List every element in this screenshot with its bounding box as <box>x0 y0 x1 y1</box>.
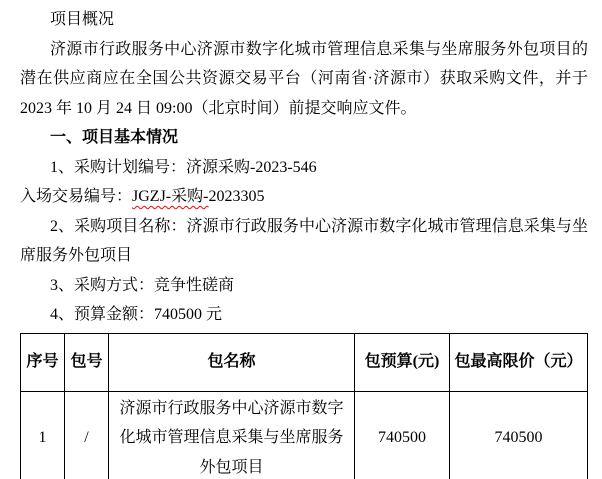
header-package-name: 包名称 <box>109 333 355 391</box>
item-entry-number: 入场交易编号：JGZJ-采购-2023305 <box>20 182 588 212</box>
header-package-number: 包号 <box>65 333 109 391</box>
cell-package-max-price: 740500 <box>450 391 588 479</box>
item-procurement-method: 3、采购方式：竞争性磋商 <box>20 271 588 301</box>
header-package-budget: 包预算(元) <box>355 333 450 391</box>
item-plan-number: 1、采购计划编号：济源采购-2023-546 <box>20 153 588 183</box>
packages-table: 序号 包号 包名称 包预算(元) 包最高限价（元） 1 / 济源市行政服务中心济… <box>20 333 588 479</box>
entry-number-label: 入场交易编号： <box>20 188 132 205</box>
table-header-row: 序号 包号 包名称 包预算(元) 包最高限价（元） <box>21 333 588 391</box>
cell-package-budget: 740500 <box>355 391 450 479</box>
cell-package-name: 济源市行政服务中心济源市数字化城市管理信息采集与坐席服务外包项目 <box>109 391 355 479</box>
header-seq: 序号 <box>21 333 65 391</box>
entry-number-spellcheck-flagged: JGZJ-采购- <box>132 188 208 205</box>
document-page: 项目概况 济源市行政服务中心济源市数字化城市管理信息采集与坐席服务外包项目的潜在… <box>0 0 602 479</box>
header-package-max-price: 包最高限价（元） <box>450 333 588 391</box>
page-title: 项目概况 <box>20 5 588 35</box>
item-budget: 4、预算金额：740500 元 <box>20 300 588 330</box>
item-project-name: 2、采购项目名称：济源市行政服务中心济源市数字化城市管理信息采集与坐席服务外包项… <box>20 212 588 271</box>
table-row: 1 / 济源市行政服务中心济源市数字化城市管理信息采集与坐席服务外包项目 740… <box>21 391 588 479</box>
entry-number-rest: 2023305 <box>208 188 264 205</box>
cell-package-number: / <box>65 391 109 479</box>
intro-paragraph: 济源市行政服务中心济源市数字化城市管理信息采集与坐席服务外包项目的潜在供应商应在… <box>20 35 588 124</box>
cell-seq: 1 <box>21 391 65 479</box>
section-heading: 一、项目基本情况 <box>20 123 588 153</box>
